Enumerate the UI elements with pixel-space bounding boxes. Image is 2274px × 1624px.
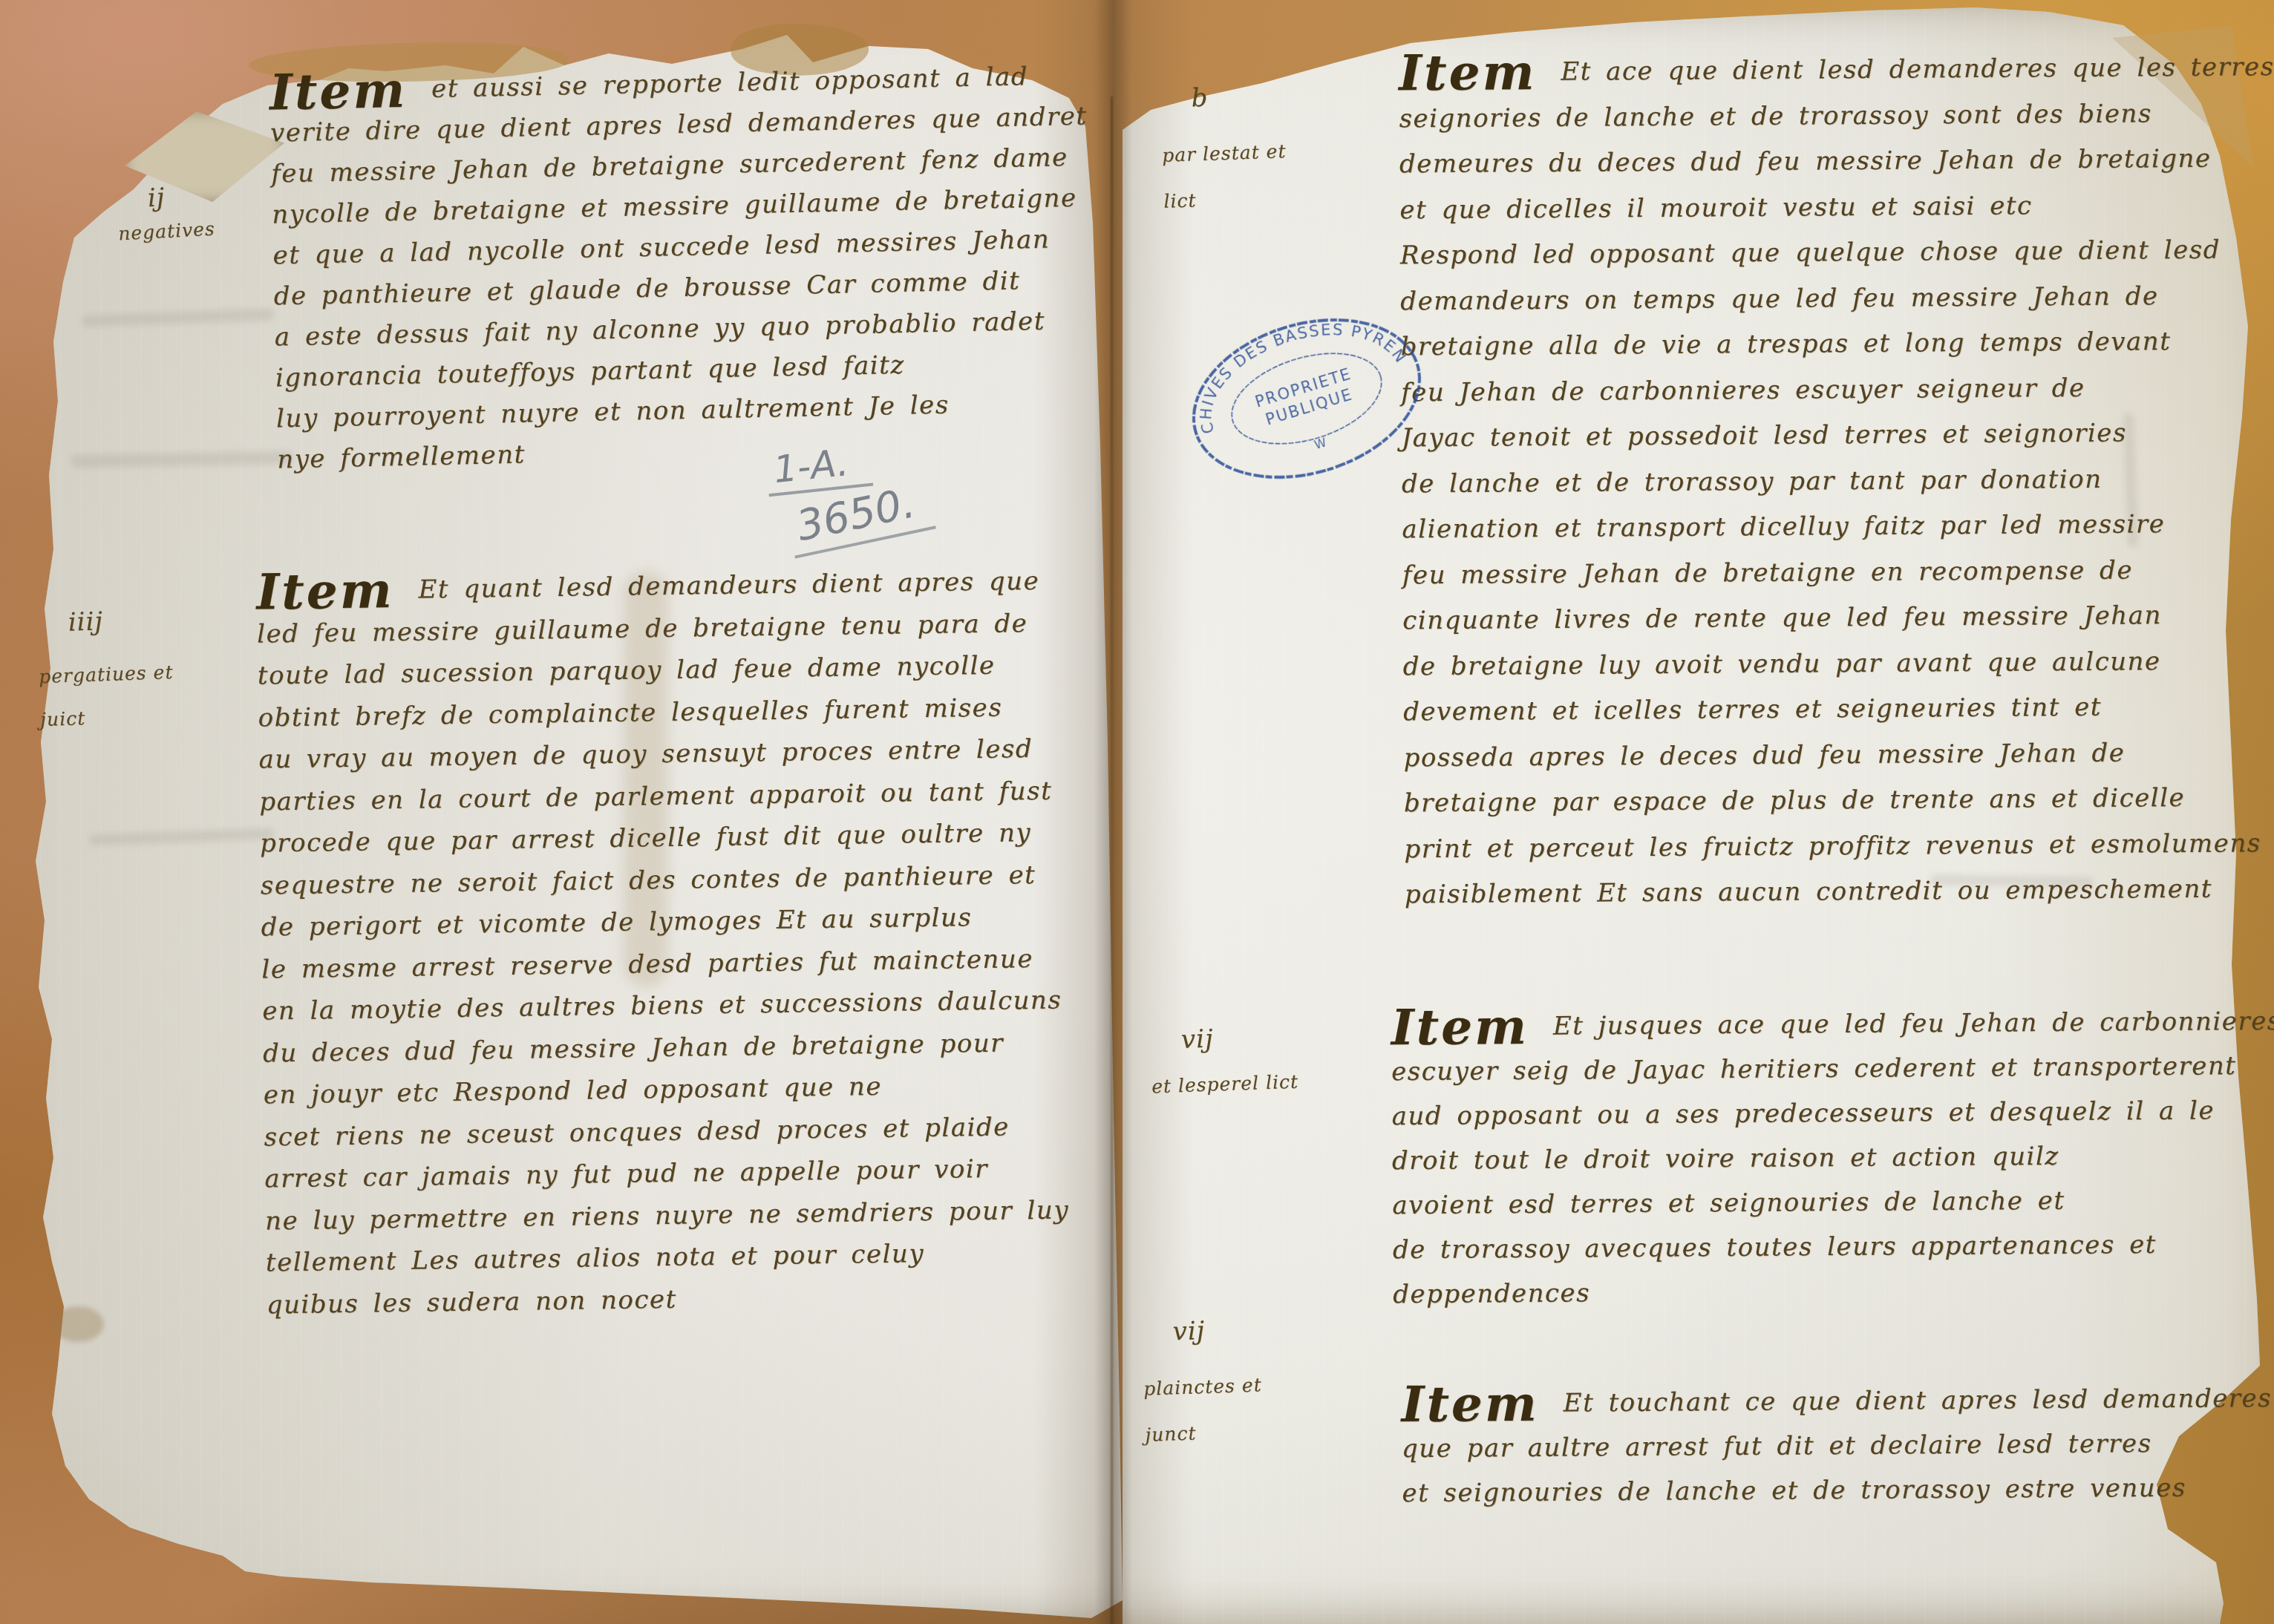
margin-note: vijet lesperel lict [1149,1018,1299,1105]
manuscript-line: de trorassoy avecques toutes leurs appar… [1393,1222,2274,1272]
manuscript-line: Item Et ace que dient lesd demanderes qu… [1399,45,2274,96]
margin-note: vijplainctes etjunct [1141,1306,1264,1458]
manuscript-line: feu messire Jehan de bretaigne en recomp… [1402,546,2274,598]
margin-note-line: ij [147,183,214,211]
manuscript-line: print et perceut les fruictz proffitz re… [1404,820,2274,872]
catalog-number-line: 1-A. [764,439,873,497]
manuscript-line: demeures du deces dud feu messire Jehan … [1399,136,2274,188]
manuscript-line: Respond led opposant que quelque chose q… [1400,227,2274,279]
manuscript-line: cinquante livres de rente que led feu me… [1402,592,2274,644]
paragraph-initial: Item [1401,1375,1564,1434]
manuscript-line: Item Et jusques ace que led feu Jehan de… [1391,999,2274,1050]
manuscript-line: et seignouries de lanche et de trorassoy… [1402,1465,2273,1516]
manuscript-line: de bretaigne luy avoit vendu par avant q… [1403,638,2274,690]
margin-note-line: juict [39,694,175,741]
margin-note: ijnegatives [116,183,216,246]
paragraph-initial: Item [1399,43,1561,102]
margin-note-line: par lestat et [1161,128,1287,179]
manuscript-line: escuyer seig de Jayac heritiers cederent… [1391,1044,2274,1094]
manuscript-line: avoient esd terres et seignouries de lan… [1392,1177,2274,1228]
manuscript-line: Item Et touchant ce que dient apres lesd… [1401,1376,2272,1427]
manuscript-photo: ijnegatives iiijpergatiues etjuict Item … [0,0,2274,1624]
margin-note-line: junct [1144,1408,1264,1458]
manuscript-paragraph: Item Et touchant ce que dient apres lesd… [1401,1376,2273,1516]
margin-note-line: lict [1163,174,1288,225]
manuscript-line: bretaigne par espace de plus de trente a… [1404,775,2274,827]
paragraph-initial: Item [1391,998,1553,1057]
margin-note-line: vij [1172,1306,1261,1355]
manuscript-line: et que dicelles il mouroit vestu et sais… [1399,181,2274,233]
manuscript-line: alienation et transport dicelluy faitz p… [1402,501,2274,553]
margin-note-line: pergatiues et [38,651,174,698]
margin-note-line: negatives [117,217,215,246]
manuscript-line: feu Jehan de carbonnieres escuyer seigne… [1401,364,2274,416]
manuscript-line: deppendences [1393,1266,2274,1317]
manuscript-paragraph: Item Et ace que dient lesd demanderes qu… [1399,45,2274,918]
margin-note-line: iiij [68,597,172,644]
manuscript-paragraph: Item Et jusques ace que led feu Jehan de… [1391,999,2274,1317]
margin-note-line: plainctes et [1143,1362,1263,1412]
margin-note: iiijpergatiues etjuict [36,597,176,741]
manuscript-paragraph: Item et aussi se repporte ledit opposant… [269,56,1094,481]
margin-note-line: et lesperel lict [1151,1064,1298,1105]
margin-note-line: vij [1180,1018,1298,1058]
manuscript-line: aud opposant ou a ses predecesseurs et d… [1391,1088,2274,1139]
stamp-bottom-mark: W [1313,435,1328,452]
manuscript-paragraph: Item Et quant lesd demandeurs dient apre… [256,560,1071,1326]
manuscript-line: paisiblement Et sans aucun contredit ou … [1405,866,2274,918]
manuscript-line: bretaigne alla de vie a trespas et long … [1401,318,2274,370]
manuscript-line: de lanche et de trorassoy par tant par d… [1402,455,2274,507]
manuscript-line: seignories de lanche et de trorassoy son… [1399,90,2274,142]
manuscript-line: devement et icelles terres et seigneurie… [1403,684,2274,736]
manuscript-line: droit tout le droit voire raison et acti… [1392,1133,2274,1183]
manuscript-line: posseda apres le deces dud feu messire J… [1403,729,2274,781]
manuscript-line: Jayac tenoit et possedoit lesd terres et… [1401,410,2274,462]
manuscript-line: que par aultre arrest fut dit et declair… [1402,1421,2273,1471]
margin-note: bpar lestat etlict [1160,72,1289,225]
manuscript-line: demandeurs on temps que led feu messire … [1400,272,2274,324]
margin-note-line: b [1191,72,1285,121]
